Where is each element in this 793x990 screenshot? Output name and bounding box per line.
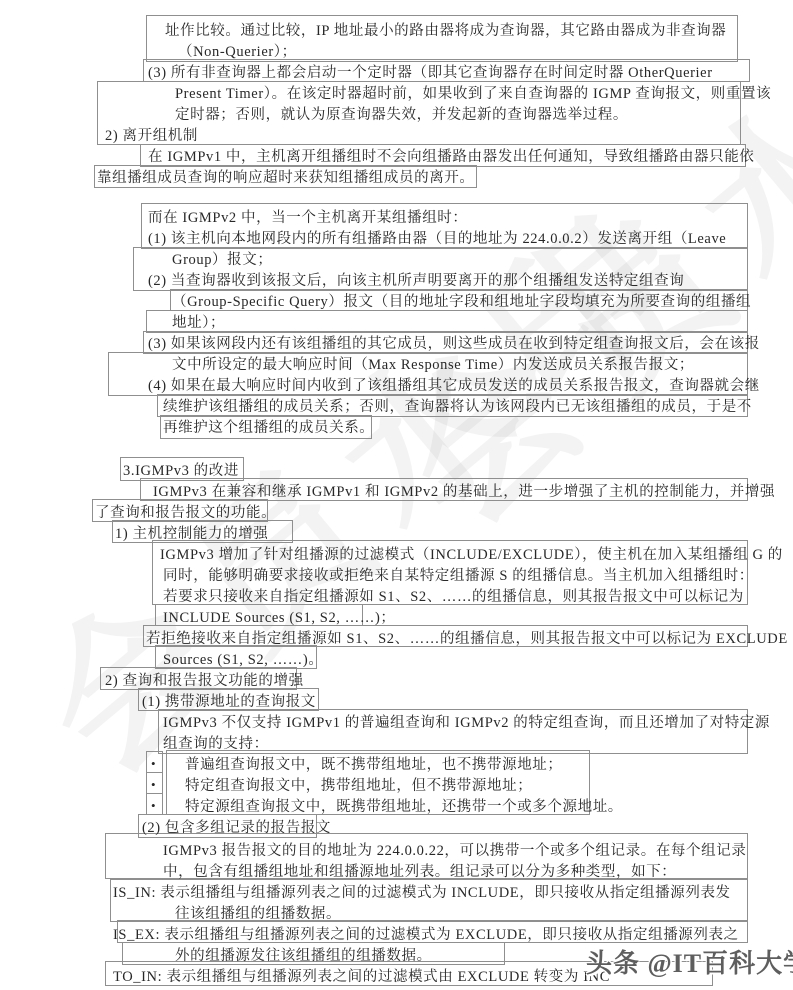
text-line: TO_IN: 表示组播组与组播源列表之间的过滤模式由 EXCLUDE 转变为 I…	[113, 967, 610, 987]
text-line: (1) 该主机向本地网段内的所有组播路由器（目的地址为 224.0.0.2）发送…	[148, 229, 726, 249]
text-line: 2) 查询和报告报文功能的增强	[105, 671, 304, 691]
text-line: 了查询和报告报文的功能。	[95, 503, 276, 523]
text-line: INCLUDE Sources (S1, S2, ……)；	[163, 608, 395, 628]
text-line: 若要求只接收来自指定组播源如 S1、S2、……的组播信息，则其报告报文中可以标记…	[163, 587, 744, 607]
text-line: 址作比较。通过比较，IP 地址最小的路由器将成为查询器，其它路由器成为非查询器	[165, 21, 726, 41]
text-line: (1) 携带源地址的查询报文	[142, 692, 316, 712]
text-line: IS_IN: 表示组播组与组播源列表之间的过滤模式为 INCLUDE，即只接收从…	[113, 883, 731, 903]
text-line: (4) 如果在最大响应时间内收到了该组播组其它成员发送的成员关系报告报文，查询器…	[148, 376, 760, 396]
text-line: Sources (S1, S2, ……)。	[163, 650, 323, 670]
text-line: 而在 IGMPv2 中，当一个主机离开某组播组时：	[148, 208, 468, 228]
text-line: 定时器；否则，就认为原查询器失效，并发起新的查询器选举过程。	[175, 105, 628, 125]
text-line: (2) 包含多组记录的报告报文	[142, 818, 331, 838]
text-line: 特定组查询报文中，携带组地址，但不携带源地址；	[185, 776, 532, 796]
text-line: (2) 当查询器收到该报文后，向该主机所声明要离开的那个组播组发送特定组查询	[148, 271, 684, 291]
text-line: 1) 主机控制能力的增强	[115, 524, 268, 544]
text-line: 2) 离开组机制	[105, 126, 198, 146]
text-box-outline	[146, 310, 748, 333]
bullet-dot: •	[151, 798, 156, 814]
text-line: 在 IGMPv1 中，主机离开组播组时不会向组播路由器发出任何通知，导致组播路由…	[148, 147, 754, 167]
text-line: IGMPv3 不仅支持 IGMPv1 的普遍组查询和 IGMPv2 的特定组查询…	[163, 713, 770, 733]
text-line: 往该组播组的组播数据。	[175, 904, 341, 924]
bullet-dot: •	[151, 756, 156, 772]
text-line: (3) 如果该网段内还有该组播组的其它成员，则这些成员在收到特定组查询报文后，会…	[148, 334, 760, 354]
text-line: IGMPv3 增加了针对组播源的过滤模式（INCLUDE/EXCLUDE），使主…	[160, 545, 783, 565]
text-line: (3) 所有非查询器上都会启动一个定时器（即其它查询器存在时间定时器 Other…	[148, 63, 713, 83]
text-line: IGMPv3 在兼容和继承 IGMPv1 和 IGMPv2 的基础上，进一步增强…	[153, 482, 775, 502]
text-line: Present Timer）。在该定时器超时前，如果收到了来自查询器的 IGMP…	[175, 84, 771, 104]
text-line: 普遍组查询报文中，既不携带组地址，也不携带源地址；	[185, 755, 563, 775]
text-line: 中，包含有组播组地址和组播源地址列表。组记录可以分为多种类型，如下：	[163, 862, 676, 882]
text-line: 特定源组查询报文中，既携带组地址，还携带一个或多个源地址。	[185, 797, 623, 817]
text-line: 地址）；	[172, 313, 225, 333]
text-line: 同时，能够明确要求接收或拒绝来自某特定组播源 S 的组播信息。当主机加入组播组时…	[163, 566, 754, 586]
bullet-dot: •	[151, 777, 156, 793]
text-line: 再维护这个组播组的成员关系。	[163, 418, 374, 438]
publisher-watermark-badge: 头条 @IT百科大学堂	[586, 943, 793, 980]
text-line: 组查询的支持：	[163, 734, 269, 754]
document-page: 会员水印 会员水印 址作比较。通过比较，IP 地址最小的路由器将成为查询器，其它…	[0, 0, 793, 990]
text-line: 外的组播源发往该组播组的组播数据。	[175, 946, 432, 966]
text-line: 若拒绝接收来自指定组播源如 S1、S2、……的组播信息，则其报告报文中可以标记为…	[146, 629, 788, 649]
text-line: 文中所设定的最大响应时间（Max Response Time）内发送成员关系报告…	[172, 355, 694, 375]
text-line: IGMPv3 报告报文的目的地址为 224.0.0.22，可以携带一个或多个组记…	[163, 841, 746, 861]
text-line: IS_EX: 表示组播组与组播源列表之间的过滤模式为 EXCLUDE，即只接收从…	[113, 925, 739, 945]
text-line: Group）报文；	[172, 250, 272, 270]
text-line: （Group-Specific Query）报文（目的地址字段和组地址字段均填充…	[172, 292, 751, 312]
text-line: 续维护该组播组的成员关系；否则，查询器将认为该网段内已无该组播组的成员，于是不	[163, 397, 752, 417]
text-line: 靠组播组成员查询的响应超时来获知组播组成员的离开。	[97, 168, 475, 188]
text-line: （Non-Querier）；	[178, 42, 297, 62]
text-line: 3.IGMPv3 的改进	[123, 461, 239, 481]
